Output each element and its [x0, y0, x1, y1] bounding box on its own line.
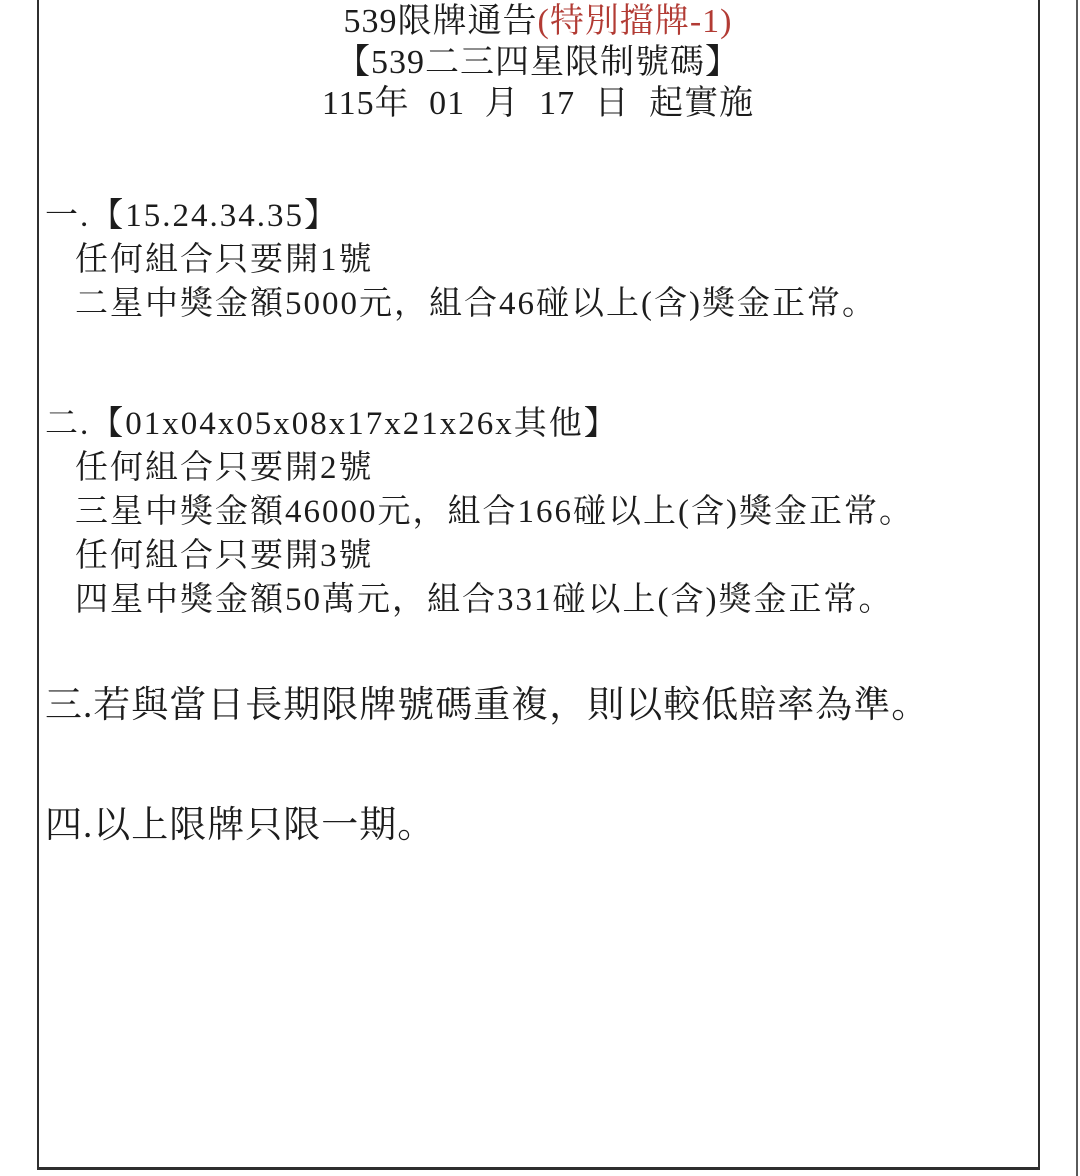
section-2: 二.【01x04x05x08x17x21x26x其他】 任何組合只要開2號 三星…	[45, 402, 1035, 622]
section-3: 三.若與當日長期限牌號碼重複，則以較低賠率為準。	[45, 684, 1035, 728]
document-border-left	[37, 0, 39, 1169]
section-4-heading: 四.以上限牌只限一期。	[45, 804, 1035, 848]
notice-title-highlight: (特別擋牌-1)	[538, 3, 733, 40]
section-2-rule-line: 任何組合只要開2號	[45, 446, 1035, 490]
section-2-rule-line: 四星中獎金額50萬元，組合331碰以上(含)獎金正常。	[45, 578, 1035, 622]
section-3-heading: 三.若與當日長期限牌號碼重複，則以較低賠率為準。	[45, 684, 1035, 728]
page-edge-line	[1076, 0, 1078, 1176]
effective-date: 115年 01 月 17 日 起實施	[38, 83, 1038, 124]
notice-header: 539限牌通告(特別擋牌-1) 【539二三四星限制號碼】 115年 01 月 …	[38, 1, 1038, 124]
document-border-right	[1038, 0, 1040, 1169]
notice-subtitle: 【539二三四星限制號碼】	[38, 42, 1038, 83]
section-2-heading: 二.【01x04x05x08x17x21x26x其他】	[45, 402, 1035, 446]
notice-document: 539限牌通告(特別擋牌-1) 【539二三四星限制號碼】 115年 01 月 …	[0, 0, 1080, 1176]
section-4: 四.以上限牌只限一期。	[45, 804, 1035, 848]
section-2-rule-line: 任何組合只要開3號	[45, 534, 1035, 578]
section-1: 一.【15.24.34.35】 任何組合只要開1號 二星中獎金額5000元，組合…	[45, 194, 1035, 326]
notice-title-main: 539限牌通告	[344, 3, 538, 40]
section-1-heading: 一.【15.24.34.35】	[45, 194, 1035, 238]
section-2-rule-line: 三星中獎金額46000元，組合166碰以上(含)獎金正常。	[45, 490, 1035, 534]
document-border-bottom	[37, 1167, 1040, 1170]
section-1-rule-line: 任何組合只要開1號	[45, 238, 1035, 282]
section-1-rule-line: 二星中獎金額5000元，組合46碰以上(含)獎金正常。	[45, 282, 1035, 326]
notice-title: 539限牌通告(特別擋牌-1)	[38, 1, 1038, 42]
